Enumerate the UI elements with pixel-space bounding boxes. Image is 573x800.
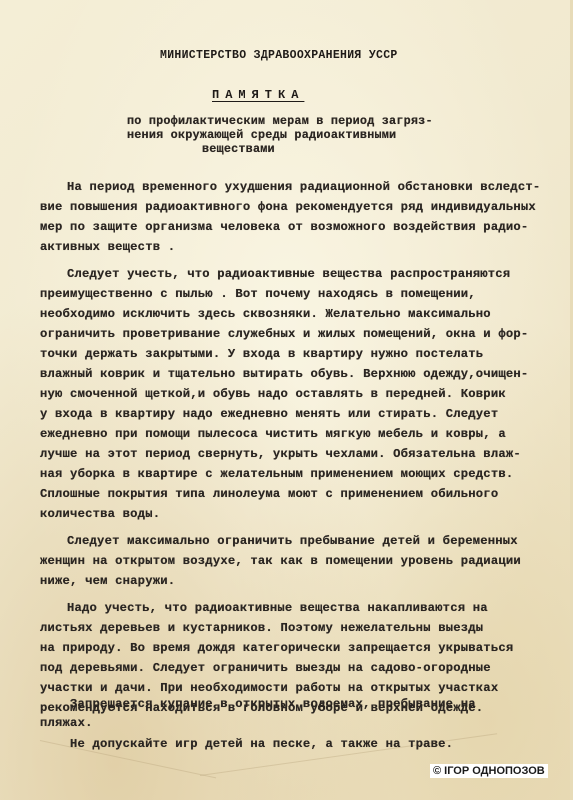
- paragraph-line: ная уборка в квартире с желательным прим…: [40, 467, 513, 481]
- paragraph-line: под деревьями. Следует ограничить выезды…: [40, 661, 491, 675]
- paragraph-line: Сплошные покрытия типа линолеума моют с …: [40, 487, 498, 501]
- document: МИНИСТЕРСТВО ЗДРАВООХРАНЕНИЯ УССР ПАМЯТК…: [0, 0, 573, 800]
- paragraph-line: пляжах.: [40, 716, 93, 730]
- paragraph-line: женщин на открытом воздухе, так как в по…: [40, 554, 521, 568]
- paragraph-line: вие повышения радиоактивного фона рекоме…: [40, 200, 536, 214]
- paragraph-line: Не допускайте игр детей на песке, а такж…: [70, 737, 453, 751]
- paragraph-line: лучше на этот период свернуть, укрыть че…: [40, 447, 521, 461]
- subtitle-line: нения окружающей среды радиоактивными: [127, 128, 396, 142]
- paragraph-line: активных веществ .: [40, 240, 175, 254]
- paragraph-line: необходимо исключить здесь сквозняки. Же…: [40, 307, 491, 321]
- paragraph-line: ежедневно при помощи пылесоса чистить мя…: [40, 427, 506, 441]
- paragraph-line: Следует максимально ограничить пребывани…: [67, 534, 518, 548]
- paragraph-line: точки держать закрытыми. У входа в кварт…: [40, 347, 483, 361]
- paragraph-line: На период временного ухудшения радиацион…: [67, 180, 540, 194]
- paragraph-line: листьях деревьев и кустарников. Поэтому …: [40, 621, 483, 635]
- paragraph-line: влажный коврик и тщательно вытирать обув…: [40, 367, 528, 381]
- paragraph-line: количества воды.: [40, 507, 160, 521]
- paragraph-line: преимущественно с пылью . Вот почему нах…: [40, 287, 476, 301]
- paragraph-line: Запрещается купание в открытых водоемах,…: [70, 697, 476, 711]
- paragraph-line: Надо учесть, что радиоактивные вещества …: [67, 601, 488, 615]
- subtitle-line: веществами: [202, 142, 275, 156]
- copyright-watermark: © ІГОР ОДНОПОЗОВ: [430, 764, 548, 778]
- document-title: ПАМЯТКА: [212, 88, 304, 102]
- ministry-header: МИНИСТЕРСТВО ЗДРАВООХРАНЕНИЯ УССР: [160, 49, 398, 62]
- paragraph-line: ограничить проветривание служебных и жил…: [40, 327, 528, 341]
- paragraph-line: ниже, чем снаружи.: [40, 574, 175, 588]
- paragraph-line: мер по защите организма человека от возм…: [40, 220, 528, 234]
- paragraph-line: ную смоченной щеткой,и обувь надо оставл…: [40, 387, 506, 401]
- paragraph-line: участки и дачи. При необходимости работы…: [40, 681, 498, 695]
- paragraph-line: на природу. Во время дождя категорически…: [40, 641, 513, 655]
- paragraph-line: у входа в квартиру надо ежедневно менять…: [40, 407, 498, 421]
- subtitle-line: по профилактическим мерам в период загря…: [127, 114, 433, 128]
- paragraph-line: Следует учесть, что радиоактивные вещест…: [67, 267, 510, 281]
